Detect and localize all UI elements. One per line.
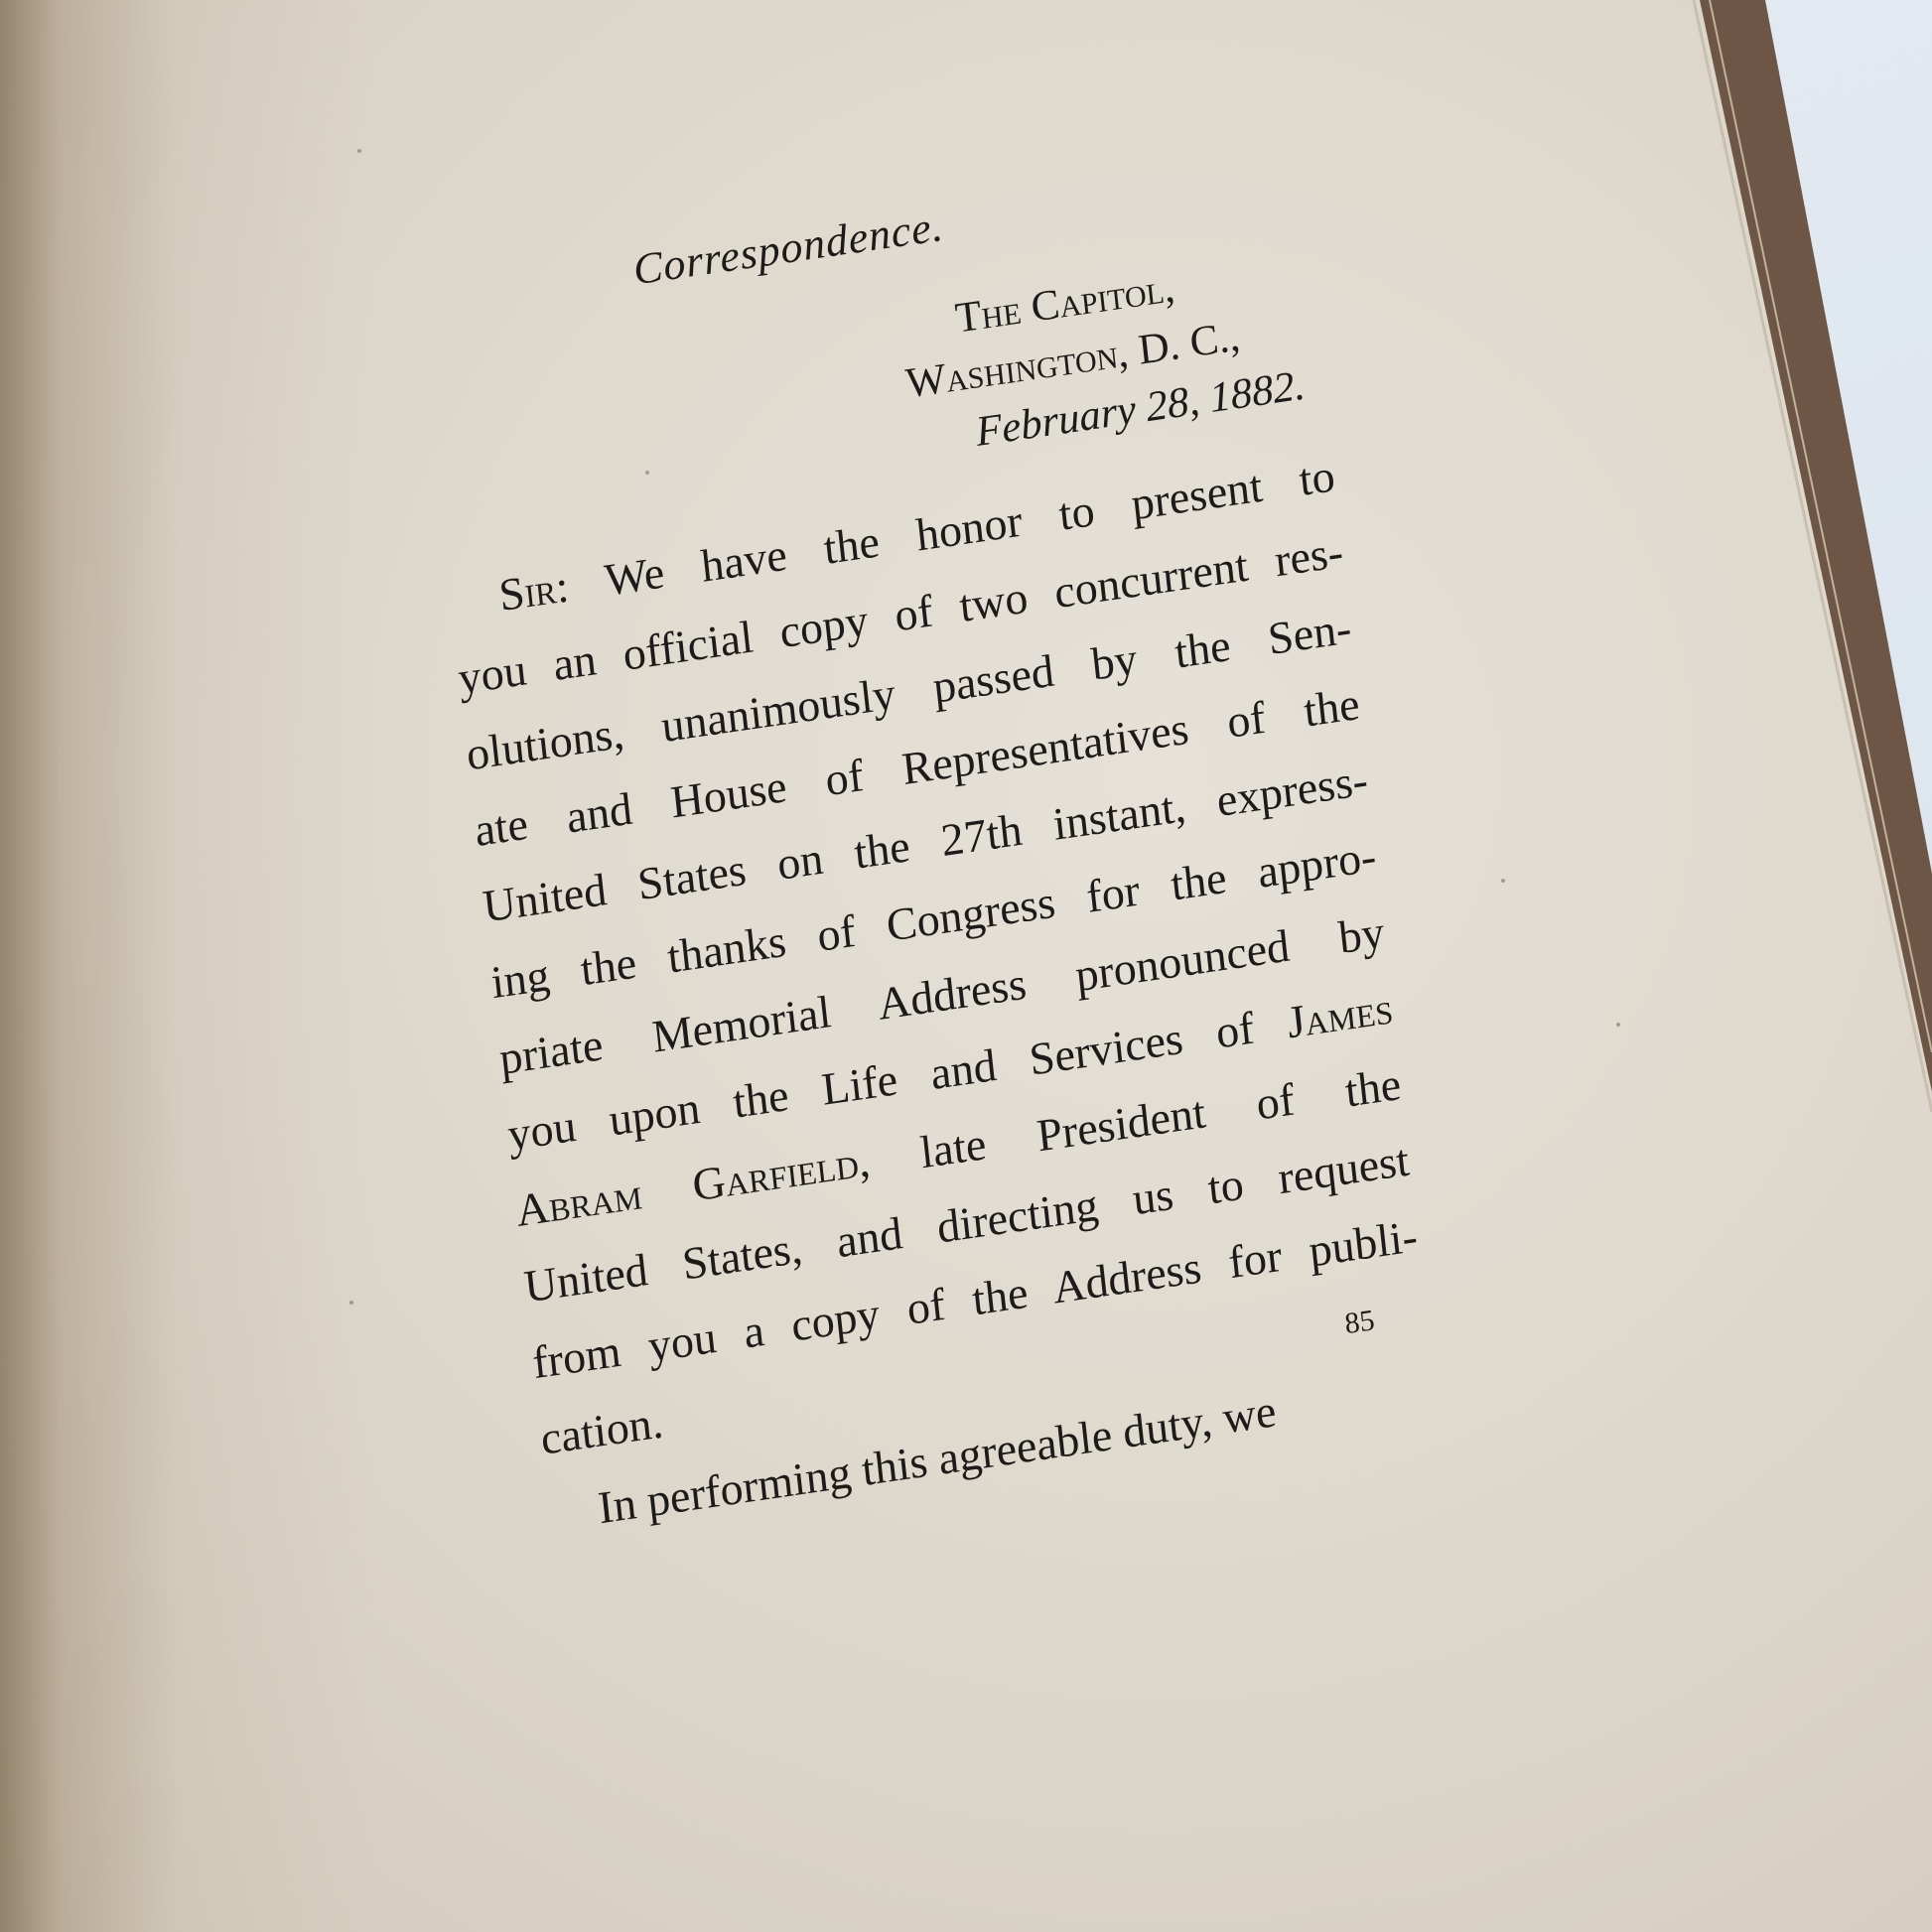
page-number: 85 [1343,1304,1376,1341]
letter-body: Sir: We have the honor to present to you… [446,437,1438,1553]
book-photo: Correspondence. The Capitol, Washington,… [0,0,1932,1932]
paper-speck [357,149,361,153]
paper-speck [1501,879,1505,883]
paper-speck [349,1301,353,1305]
salutation: Sir [496,562,559,621]
paper-speck [1616,1023,1620,1027]
name-first: James [1285,982,1395,1047]
